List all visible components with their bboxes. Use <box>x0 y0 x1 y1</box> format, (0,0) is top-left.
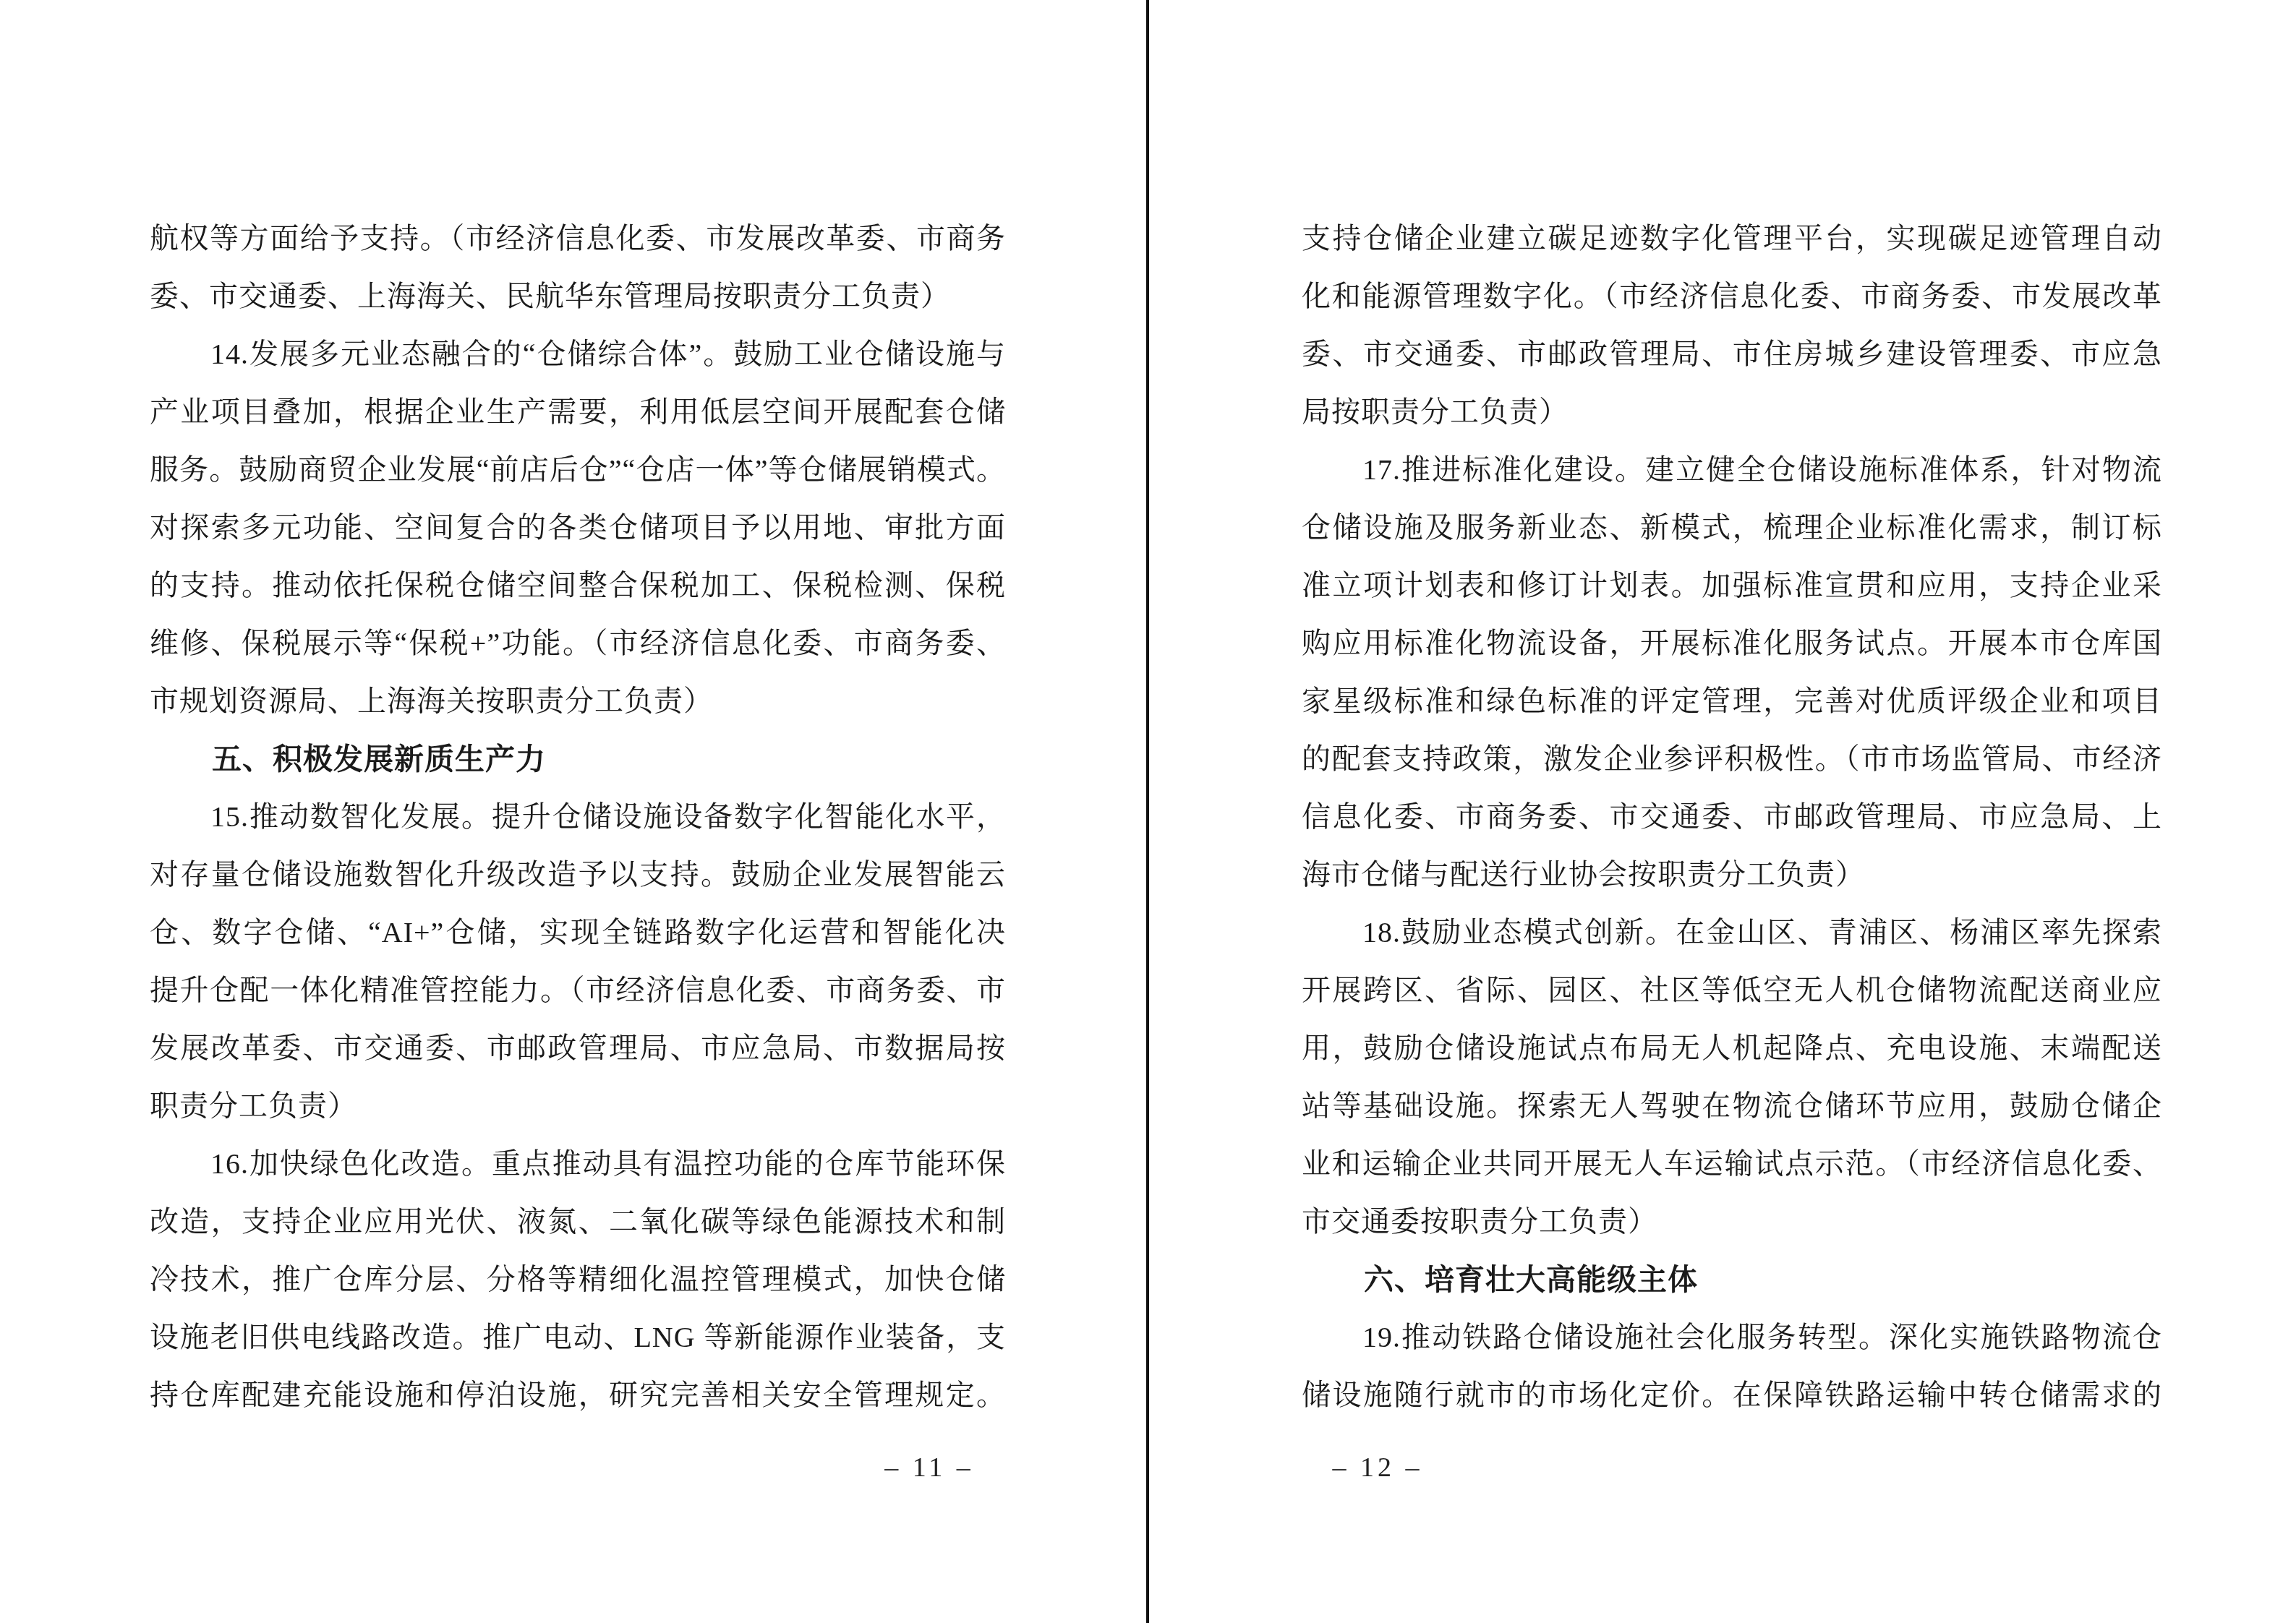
text-line: 的支持。推动依托保税仓储空间整合保税加工、保税检测、保税 <box>150 557 1006 614</box>
text-line: 准立项计划表和修订计划表。加强标准宣贯和应用，支持企业采 <box>1302 557 2162 614</box>
text-line: 购应用标准化物流设备，开展标准化服务试点。开展本市仓库国 <box>1302 614 2162 672</box>
page-11-page-number: – 11 – <box>842 1452 1016 1483</box>
text-line: 局按职责分工负责） <box>1302 383 2162 441</box>
text-line: 市交通委按职责分工负责） <box>1302 1193 2162 1251</box>
text-line: 19.推动铁路仓储设施社会化服务转型。深化实施铁路物流仓 <box>1302 1309 2162 1366</box>
text-line: 发展改革委、市交通委、市邮政管理局、市应急局、市数据局按 <box>150 1019 1006 1077</box>
text-line: 服务。鼓励商贸企业发展“前店后仓”“仓店一体”等仓储展销模式。 <box>150 441 1006 499</box>
page-12-text-block: 支持仓储企业建立碳足迹数字化管理平台，实现碳足迹管理自动化和能源管理数字化。（市… <box>1302 210 2162 1424</box>
text-line: 的配套支持政策，激发企业参评积极性。（市市场监管局、市经济 <box>1302 730 2162 788</box>
text-line: 17.推进标准化建设。建立健全仓储设施标准体系，针对物流 <box>1302 441 2162 499</box>
text-line: 对存量仓储设施数智化升级改造予以支持。鼓励企业发展智能云 <box>150 846 1006 904</box>
text-line: 仓储设施及服务新业态、新模式，梳理企业标准化需求，制订标 <box>1302 499 2162 557</box>
text-line: 海市仓储与配送行业协会按职责分工负责） <box>1302 846 2162 904</box>
section-heading: 六、培育壮大高能级主体 <box>1302 1251 2162 1309</box>
text-line: 改造，支持企业应用光伏、液氮、二氧化碳等绿色能源技术和制 <box>150 1193 1006 1251</box>
text-line: 提升仓配一体化精准管控能力。（市经济信息化委、市商务委、市 <box>150 962 1006 1019</box>
text-line: 委、市交通委、市邮政管理局、市住房城乡建设管理委、市应急 <box>1302 325 2162 383</box>
text-line: 化和能源管理数字化。（市经济信息化委、市商务委、市发展改革 <box>1302 267 2162 325</box>
text-line: 开展跨区、省际、园区、社区等低空无人机仓储物流配送商业应 <box>1302 962 2162 1019</box>
page-11-text-block: 航权等方面给予支持。（市经济信息化委、市发展改革委、市商务委、市交通委、上海海关… <box>150 210 1006 1424</box>
document-canvas: 航权等方面给予支持。（市经济信息化委、市发展改革委、市商务委、市交通委、上海海关… <box>0 0 2296 1623</box>
text-line: 维修、保税展示等“保税+”功能。（市经济信息化委、市商务委、 <box>150 614 1006 672</box>
text-line: 业和运输企业共同开展无人车运输试点示范。（市经济信息化委、 <box>1302 1135 2162 1193</box>
page-12-page-number: – 12 – <box>1291 1452 1464 1483</box>
text-line: 市规划资源局、上海海关按职责分工负责） <box>150 672 1006 730</box>
text-line: 仓、数字仓储、“AI+”仓储，实现全链路数字化运营和智能化决策， <box>150 904 1006 962</box>
text-line: 信息化委、市商务委、市交通委、市邮政管理局、市应急局、上 <box>1302 788 2162 846</box>
text-line: 站等基础设施。探索无人驾驶在物流仓储环节应用，鼓励仓储企 <box>1302 1077 2162 1135</box>
text-line: 支持仓储企业建立碳足迹数字化管理平台，实现碳足迹管理自动 <box>1302 210 2162 267</box>
page-11: 航权等方面给予支持。（市经济信息化委、市发展改革委、市商务委、市交通委、上海海关… <box>0 0 1146 1623</box>
text-line: 家星级标准和绿色标准的评定管理，完善对优质评级企业和项目 <box>1302 672 2162 730</box>
text-line: 18.鼓励业态模式创新。在金山区、青浦区、杨浦区率先探索 <box>1302 904 2162 962</box>
page-12: 支持仓储企业建立碳足迹数字化管理平台，实现碳足迹管理自动化和能源管理数字化。（市… <box>1149 0 2296 1623</box>
section-heading: 五、积极发展新质生产力 <box>150 730 1006 788</box>
text-line: 对探索多元功能、空间复合的各类仓储项目予以用地、审批方面 <box>150 499 1006 557</box>
text-line: 委、市交通委、上海海关、民航华东管理局按职责分工负责） <box>150 267 1006 325</box>
text-line: 冷技术，推广仓库分层、分格等精细化温控管理模式，加快仓储 <box>150 1251 1006 1309</box>
text-line: 16.加快绿色化改造。重点推动具有温控功能的仓库节能环保 <box>150 1135 1006 1193</box>
text-line: 15.推动数智化发展。提升仓储设施设备数字化智能化水平， <box>150 788 1006 846</box>
text-line: 用，鼓励仓储设施试点布局无人机起降点、充电设施、末端配送 <box>1302 1019 2162 1077</box>
text-line: 设施老旧供电线路改造。推广电动、LNG 等新能源作业装备，支 <box>150 1309 1006 1366</box>
text-line: 航权等方面给予支持。（市经济信息化委、市发展改革委、市商务 <box>150 210 1006 267</box>
text-line: 职责分工负责） <box>150 1077 1006 1135</box>
text-line: 持仓库配建充能设施和停泊设施，研究完善相关安全管理规定。 <box>150 1366 1006 1424</box>
text-line: 储设施随行就市的市场化定价。在保障铁路运输中转仓储需求的 <box>1302 1366 2162 1424</box>
text-line: 14.发展多元业态融合的“仓储综合体”。鼓励工业仓储设施与 <box>150 325 1006 383</box>
text-line: 产业项目叠加，根据企业生产需要，利用低层空间开展配套仓储 <box>150 383 1006 441</box>
